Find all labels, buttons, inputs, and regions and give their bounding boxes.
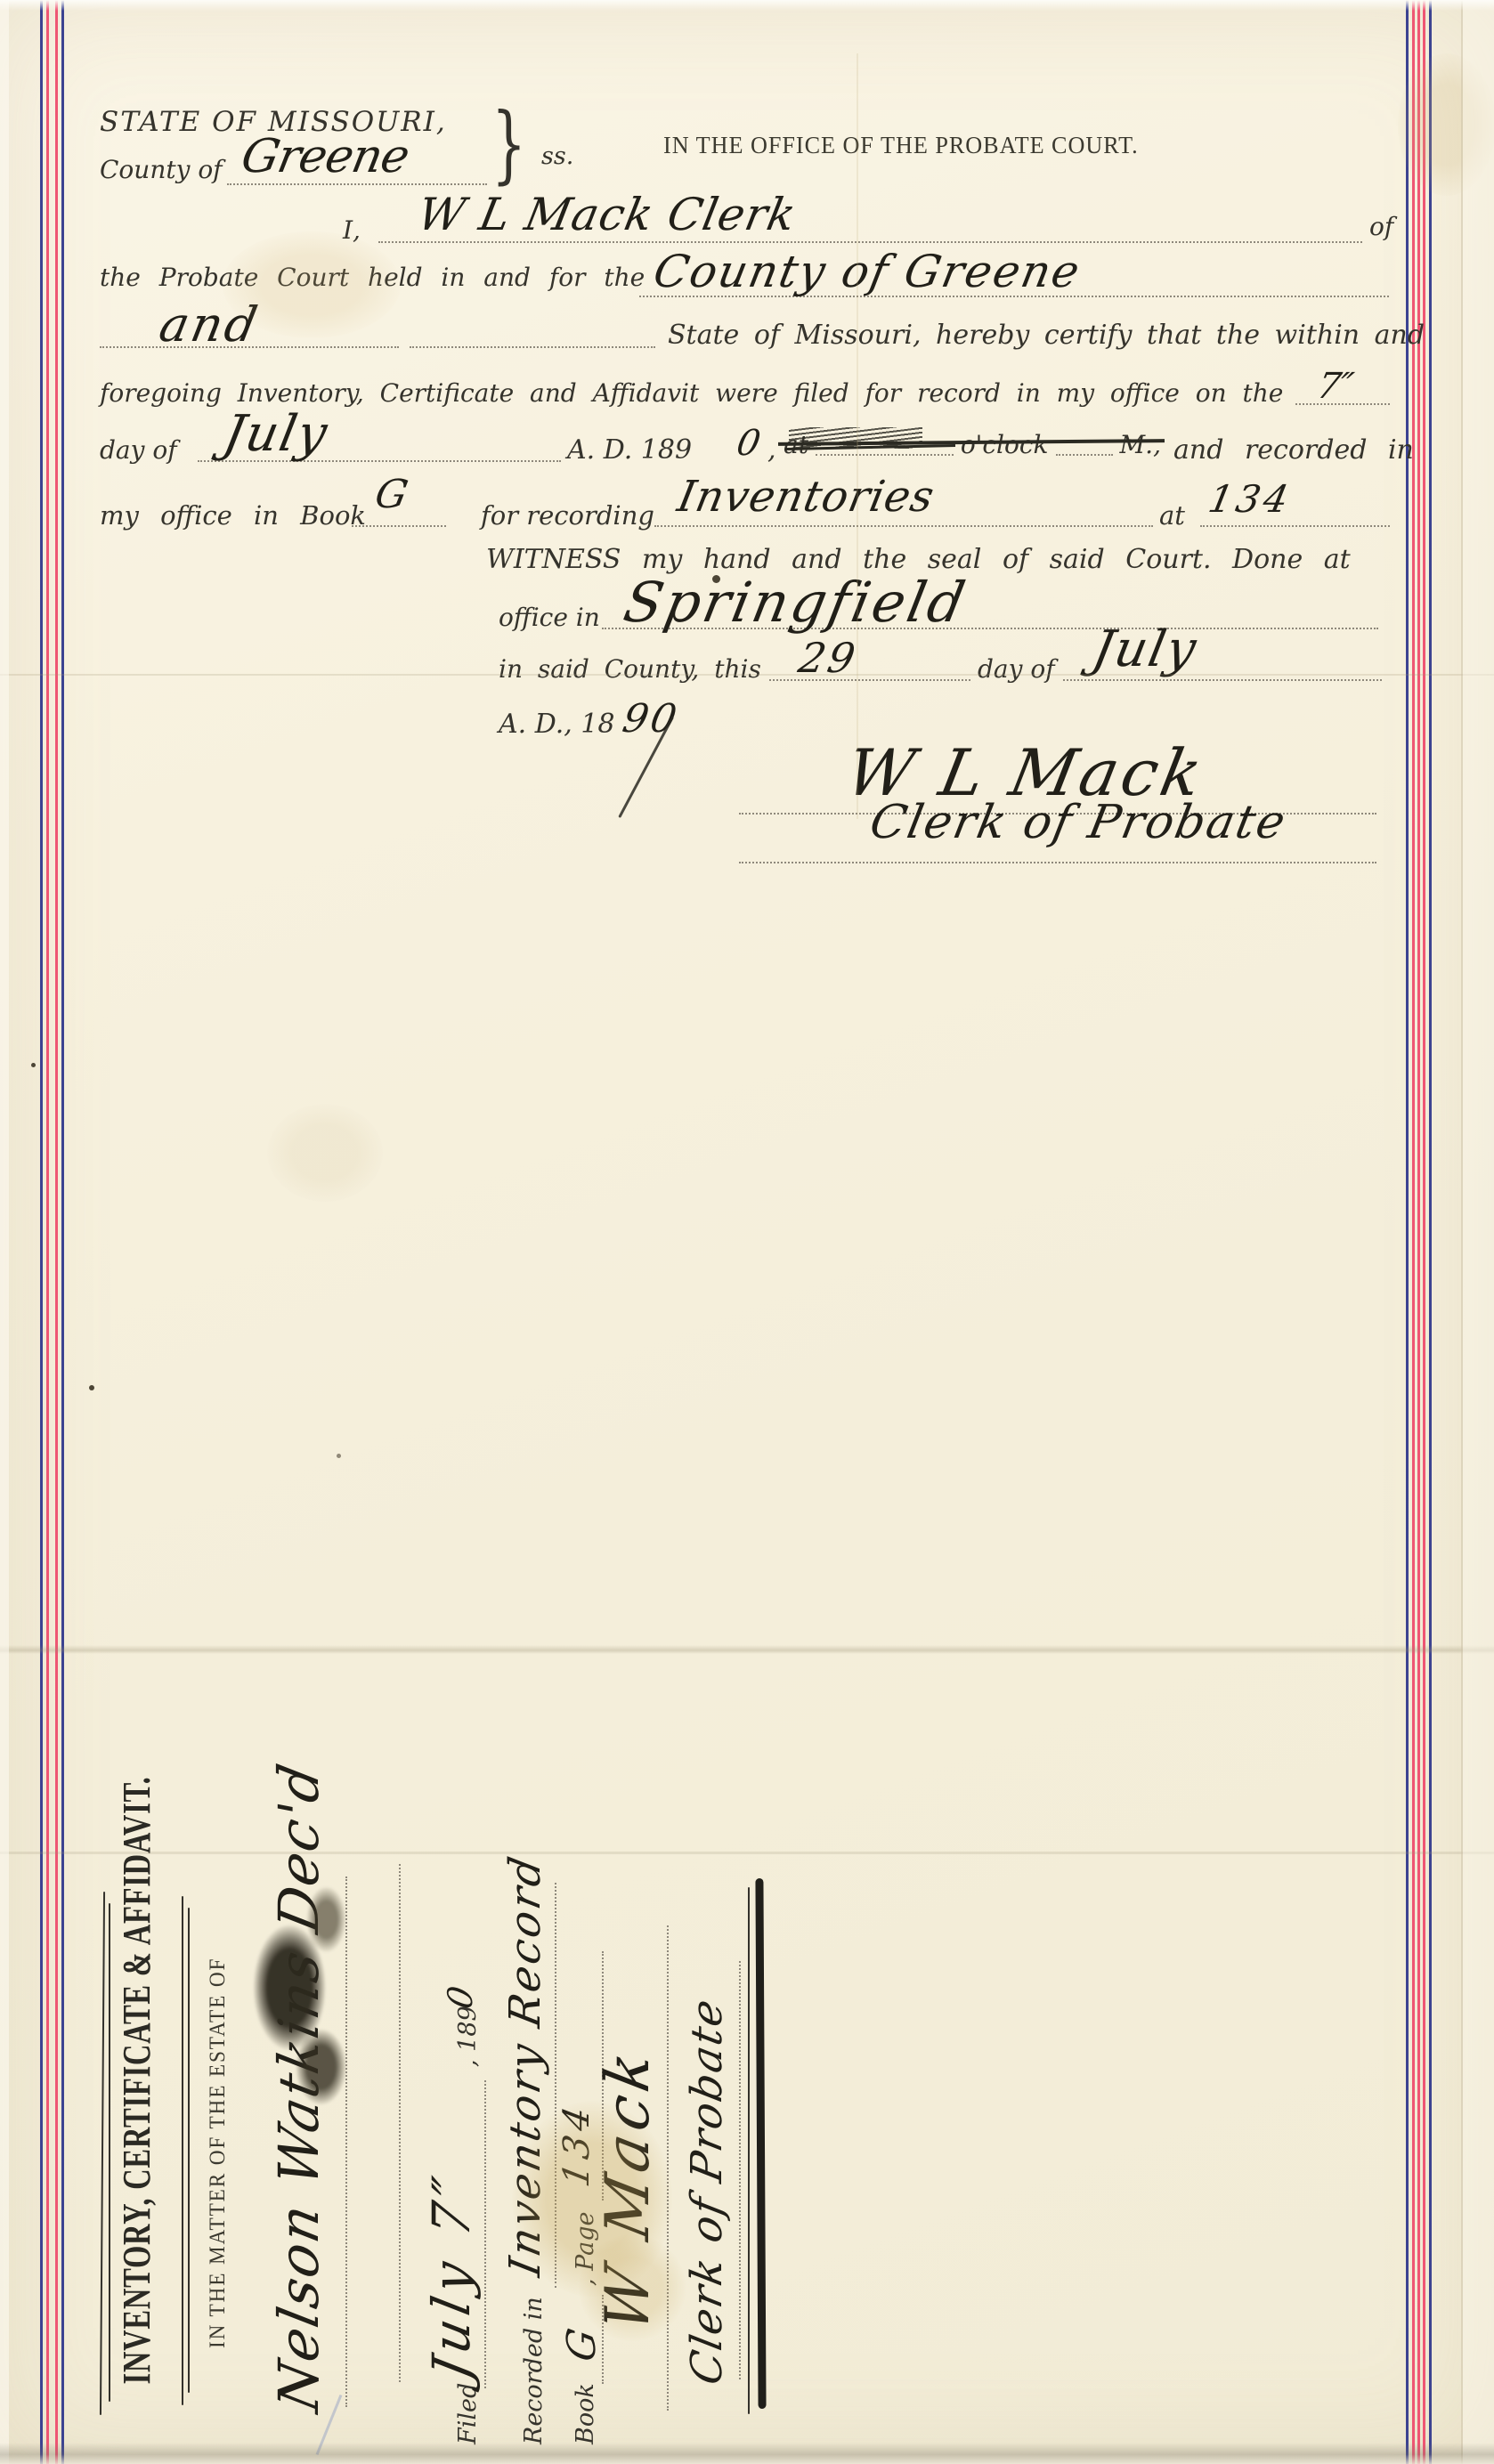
docket-rule-top-2 [109,1903,110,2402]
left-rule-blue-2 [61,0,64,2464]
docket-rule-bottom-thick [755,1878,766,2409]
docket-title-dotted [737,1961,741,2379]
county-of-greene-handwritten: County of Greene [650,249,1084,294]
page-dotted [1200,523,1390,527]
right-rule-red-2 [1417,0,1420,2464]
brace-glyph: } [491,103,526,187]
i-label: I, [343,218,361,243]
recording-dotted [654,523,1153,527]
inventories-handwritten: Inventories [674,475,938,518]
ink-scribble [789,427,922,449]
docket-dotted-2 [397,1864,401,2382]
docket-page-value: 134 [559,2099,595,2190]
clerk-name-handwritten: W L Mack Clerk [414,192,800,237]
ad2-printed: A. D., 18 [499,711,615,738]
county-handwritten: Greene [238,134,412,180]
of-word: of [1369,215,1393,239]
left-edge-band [0,0,9,2464]
docket-rule-top-1 [100,1892,105,2415]
struck-oclock: o'clock [961,433,1049,458]
book-value-handwritten: G [372,475,410,515]
docket-matter-label: IN THE MATTER OF THE ESTATE OF [207,1957,229,2348]
and-recorded-in: and recorded in [1173,437,1414,464]
ink-speck-2 [31,1063,36,1067]
struck-m: M., [1120,433,1161,458]
month2-handwritten: July [1089,625,1202,675]
estate-name-handwritten: Nelson Watkins Dec'd [272,1758,327,2416]
page-number-handwritten: 134 [1206,481,1295,518]
left-rule-red-2 [55,0,58,2464]
docket-rule-mid-1 [182,1896,183,2405]
and-dotted-line-2 [410,344,655,348]
day-of-label: day of [100,438,177,463]
office-title: IN THE OFFICE OF THE PROBATE COURT. [663,134,1139,158]
docket-recorded-dotted [553,1883,556,2288]
ad-zero-handwritten: 0 [734,426,762,461]
stain-faint [267,1104,383,1202]
ss-abbrev: ss. [541,144,573,168]
docket-panel: INVENTORY, CERTIFICATE & AFFIDAVIT. IN T… [71,1852,784,2464]
ad-comma: , [767,437,776,464]
docket-rule-bottom-thin [748,1887,750,2414]
docket-recorded-value: Inventory Record [504,1852,547,2280]
docket-book-label: Book [573,2383,597,2444]
vertical-crease-1 [857,53,858,819]
month-handwritten: July [220,409,333,459]
docket-rotated-content: INVENTORY, CERTIFICATE & AFFIDAVIT. IN T… [71,1852,784,2464]
ad-printed: A. D. 189 [567,437,692,464]
right-rule-red-3 [1423,0,1425,2464]
clerk-signature-title: Clerk of Probate [866,799,1290,846]
docket-filed-year-printed: , 189 [456,2006,480,2067]
probate-document-scan: STATE OF MISSOURI, County of Greene } ss… [0,0,1494,2464]
ink-speck-3 [89,1385,94,1390]
bottom-edge-shadow [0,2443,1494,2464]
docket-signature-dotted [665,1925,669,2411]
struck-oclock-clause: at o'clock M., [784,426,1161,459]
struck-leader-2 [1056,452,1113,456]
at-word: at [1159,503,1185,529]
filed-day-handwritten: 7″ [1314,369,1355,404]
for-recording-label: for recording [481,503,654,529]
held-line: the Probate Court held in and for the [100,265,645,290]
ink-speck-4 [337,1454,341,1458]
fold-crease-2 [0,1645,1494,1654]
docket-book-value: G [563,2327,602,2365]
office-in-label: office in [499,605,600,630]
right-rule-blue-1 [1406,0,1409,2464]
book-line: my office in Book [100,503,366,529]
docket-signature-title: Clerk of Probate [686,1994,728,2387]
county-label: County of [100,158,223,182]
docket-rule-mid-2 [188,1908,190,2393]
docket-filed-year-script: 0 [443,1984,477,2012]
county-dotted-line [227,182,487,185]
docket-signature: W Mack [598,2042,659,2336]
right-rule-blue-2 [1429,0,1432,2464]
docket-filed-label: Filed [456,2383,480,2444]
right-edge-band [1463,0,1494,2464]
docket-title: INVENTORY, CERTIFICATE & AFFIDAVIT. [118,1931,157,2384]
top-edge-band [0,0,1494,11]
right-rule-red-1 [1412,0,1415,2464]
city-handwritten: Springfield [620,575,971,630]
this-line: in said County, this [499,657,761,682]
docket-filed-date-handwritten: July 7″ [426,2168,477,2383]
left-rule-blue-1 [40,0,43,2464]
state-certify-line: State of Missouri, hereby certify that t… [668,322,1425,349]
signature-title-dotted [739,860,1376,863]
docket-dotted-1 [344,1876,347,2407]
left-rule-red-1 [46,0,49,2464]
and-handwritten: and [156,301,264,349]
day-of-label-2: day of [978,657,1055,682]
foregoing-line: foregoing Inventory, Certificate and Aff… [100,381,1283,406]
this-day-handwritten: 29 [796,637,861,678]
book-dotted [352,523,446,527]
docket-filed-dotted [483,2080,486,2388]
struck-leader-1 [816,452,954,456]
docket-recorded-label: Recorded in [522,2297,546,2444]
